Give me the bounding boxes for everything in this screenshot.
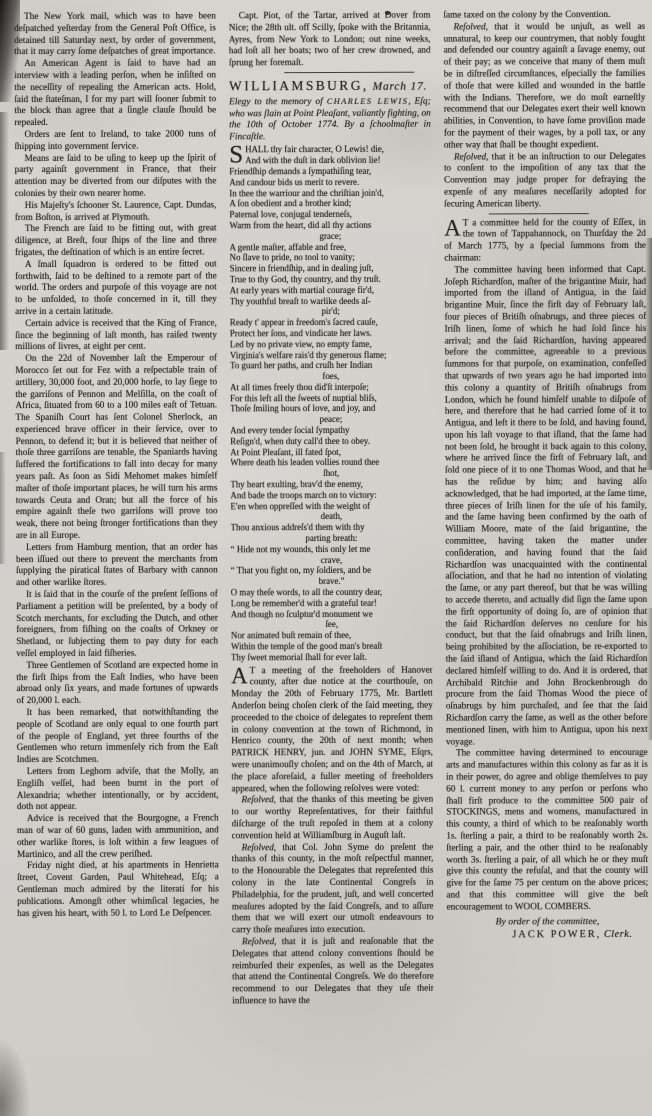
ink-smudge-left-edge-lower [0, 452, 6, 564]
poem-line: Led by no private view, no empty fame, [230, 338, 432, 350]
paragraph-text: Advice is received that the Bourgogne, a… [17, 813, 219, 859]
poem-line: “ Hide not my wounds, this only let me [231, 543, 433, 555]
paragraph-text: His Majeſty's ſchooner St. Laurence, Cap… [15, 199, 217, 222]
poem-line: death, [231, 511, 433, 523]
news-paragraph: A ſmall ſquadron is ordered to be fitted… [15, 258, 217, 318]
poem-line: Sincere in friendſhip, and in dealing ju… [230, 263, 432, 275]
dateline-city: WILLIAMSBURG, [229, 78, 369, 93]
news-paragraph: The committee having determined to encou… [446, 747, 648, 913]
poem-line: Within the temple of the good man's brea… [231, 641, 433, 653]
dateline-date: March 17. [373, 81, 428, 93]
poem-line: ſee, [231, 619, 433, 631]
poem-line: For this left all the ſweets of nuptial … [230, 392, 432, 404]
poem-line: Long be remember'd with a grateful tear! [231, 597, 433, 609]
poem-line: A ſon obedient and a brother kind; [229, 198, 431, 210]
poem-line: Virginia's welfare rais'd thy generous f… [230, 349, 432, 361]
poem-line: And every tender ſocial ſympathy [230, 425, 432, 437]
news-paragraph: It is ſaid that in the courſe of the pre… [16, 588, 218, 659]
poem-line: Nor animated buſt remain of thee, [231, 630, 433, 642]
paragraph-text: On the 22d of November laſt the Emperour… [15, 353, 217, 541]
news-paragraph: ſame taxed on the colony by the Conventi… [443, 9, 645, 22]
poem-line: crave, [231, 554, 433, 566]
poem-line: E'en when oppreſſed with the weight of [230, 500, 432, 512]
poem-line: And though no ſculptur'd monument we [231, 608, 433, 620]
poem-line: And with the duſt in dark oblivion lie! [245, 155, 431, 166]
poem-line: Friendſhip demands a ſympathiſing tear, [229, 166, 431, 178]
poem-line: To guard her paths, and cruſh her Indian [230, 360, 432, 372]
news-paragraph: Friday night died, at his apartments in … [17, 860, 219, 920]
poem-line: Reſign'd, when duty call'd thee to obey. [230, 436, 432, 448]
poem-line: foes, [230, 371, 432, 383]
dateline: WILLIAMSBURG,March 17. [229, 77, 431, 96]
column-middle: Capt. Piot, of the Tartar, arrived at Do… [229, 10, 435, 1109]
news-paragraph: Advice is received that the Bourgogne, a… [17, 813, 219, 861]
ink-smudge-right-edge-lower [647, 608, 652, 740]
paragraph-text: Orders are ſent to Ireland, to take 2000… [15, 128, 217, 151]
paragraph-text: T a meeting of the freeholders of Hanove… [231, 664, 433, 793]
paragraph-text: T a committee held for the county of Eſſ… [444, 216, 646, 262]
dropcap-initial: A [444, 217, 461, 238]
news-paragraph: The committee having been informed that … [444, 264, 647, 748]
resolved-lead: Reſolved, [241, 795, 275, 805]
resolved-lead: Reſolved, [242, 936, 276, 946]
news-paragraph: His Majeſty's ſchooner St. Laurence, Cap… [15, 199, 217, 223]
clerk-name: JACK POWER, [512, 929, 601, 940]
resolved-lead: Reſolved, [454, 151, 488, 161]
ink-smudge-left-edge [0, 112, 9, 350]
poem-line: HALL thy fair character, O Lewis! die, [245, 144, 431, 155]
paragraph-text: that Col. John Syme do preſent the thank… [232, 841, 434, 934]
paragraph-text: The committee having been informed that … [444, 264, 647, 747]
poem-line: grace; [230, 230, 432, 242]
committee-paragraph: AT a committee held for the county of Eſ… [444, 216, 646, 264]
poem-line: Thoſe ſmiling hours of love, and joy, an… [230, 403, 432, 415]
news-paragraph: Capt. Piot, of the Tartar, arrived at Do… [229, 10, 431, 70]
paragraph-text: Capt. Piot, of the Tartar, arrived at Do… [229, 10, 431, 68]
committee-paragraph: AT a meeting of the freeholders of Hanov… [231, 664, 433, 794]
paragraph-text: Certain advice is received that the King… [15, 317, 217, 351]
paragraph-text: The New York mail, which was to have bee… [14, 10, 216, 56]
poem-line: At Point Pleaſant, ill fated ſpot, [230, 446, 432, 458]
news-paragraph: Three Gentlemen of Scotland are expected… [16, 659, 218, 707]
section-divider [284, 72, 414, 73]
news-paragraph: Means are ſaid to be uſing to keep up th… [15, 152, 217, 200]
elegy-pre: Elegy to the memory of [229, 97, 327, 107]
news-paragraph: It has been remarked, that notwithſtandi… [17, 706, 219, 766]
poem-line: ſhot, [230, 468, 432, 480]
paragraph-text: The French are ſaid to be fitting out, w… [15, 223, 217, 257]
news-paragraph: On the 22d of November laſt the Emperour… [15, 353, 217, 542]
paragraph-text: that it would be unjuſt, as well as unna… [444, 21, 646, 150]
poem-line: Thy heart exulting, brav'd the enemy, [230, 479, 432, 491]
committee-byline: By order of the committee, [447, 915, 649, 927]
poem-line: And bade the troops march on to victory: [230, 490, 432, 502]
poem-line: pir'd; [230, 306, 432, 318]
poem-line: peace; [230, 414, 432, 426]
poem-line: In thee the warriour and the chriſtian j… [229, 187, 431, 199]
news-paragraph: Reſolved, that it would be unjuſt, as we… [443, 21, 645, 151]
elegy-poem: SHALL thy fair character, O Lewis! die,A… [229, 144, 432, 663]
news-paragraph: Reſolved, that the thanks of this meetin… [231, 794, 433, 842]
news-paragraph: Letters from Leghorn adviſe, that the Mo… [17, 765, 219, 813]
news-paragraph: The New York mail, which was to have bee… [14, 10, 216, 58]
paragraph-text: Friday night died, at his apartments in … [17, 860, 219, 918]
poem-line: brave.” [231, 576, 433, 588]
poem-line: Ready t' appear in freedom's ſacred cauſ… [230, 317, 432, 329]
resolved-lead: Reſolved, [242, 842, 276, 852]
elegy-name: CHARLES LEWIS [327, 97, 409, 106]
newspaper-page: The New York mail, which was to have bee… [0, 0, 652, 1116]
poem-line: Paternal love, conjugal tenderneſs, [229, 209, 431, 221]
poem-line: “ That you fight on, my ſoldiers, and be [231, 565, 433, 577]
paragraph-text: Three Gentlemen of Scotland are expected… [16, 659, 218, 705]
poem-line: Thy youthful breaſt to warlike deeds aſ- [230, 295, 432, 307]
news-paragraph: The French are ſaid to be fitting out, w… [15, 223, 217, 259]
news-paragraph: Reſolved, that Col. John Syme do preſent… [232, 841, 434, 936]
dropcap-initial: A [231, 665, 248, 686]
news-paragraph: Reſolved, that it is juſt and reaſonable… [232, 936, 434, 1007]
paragraph-text: It is ſaid that in the courſe of the pre… [16, 588, 218, 658]
poem-line: No ſlave to pride, no tool to vanity; [230, 252, 432, 264]
paragraph-text: Means are ſaid to be uſing to keep up th… [15, 152, 217, 198]
poem-line: And candour bids us merit to revere. [229, 176, 431, 188]
paragraph-text: A ſmall ſquadron is ordered to be fitted… [15, 258, 217, 316]
poem-line: A gentle maſter, affable and free, [230, 241, 432, 253]
column-left: The New York mail, which was to have bee… [14, 10, 220, 1109]
poem-line: Thou anxious addreſs'd them with thy [231, 522, 433, 534]
resolved-lead: Reſolved, [453, 21, 487, 31]
poem-line: At all times freely thou did'ſt interpoſ… [230, 382, 432, 394]
poem-line: Warm from the heart, did all thy actions [229, 220, 431, 232]
poem-line: At early years with martial courage fir'… [230, 284, 432, 296]
paragraph-text: Letters from Hamburg mention, that an or… [16, 541, 218, 587]
news-paragraph: Orders are ſent to Ireland, to take 2000… [14, 128, 216, 152]
paragraph-text: The committee having determined to encou… [446, 747, 648, 911]
news-paragraph: Certain advice is received that the King… [15, 317, 217, 353]
news-paragraph: Letters from Hamburg mention, that an or… [16, 541, 218, 589]
clerk-role: Clerk. [604, 929, 632, 940]
poem-line: Thy ſweet memorial ſhall for ever laſt. [231, 651, 433, 663]
paragraph-text: Letters from Leghorn adviſe, that the Mo… [17, 765, 219, 811]
paragraph-text: ſame taxed on the colony by the Conventi… [443, 9, 610, 20]
news-paragraph: Reſolved, that it be an inſtruction to o… [444, 150, 646, 210]
elegy-heading: Elegy to the memory of CHARLES LEWIS, Eſ… [229, 96, 431, 144]
page-columns: The New York mail, which was to have bee… [14, 9, 649, 1109]
news-paragraph: An American Agent is ſaid to have had an… [14, 58, 216, 129]
dropcap-initial: S [229, 145, 243, 166]
section-divider [489, 213, 589, 214]
poem-line: O may theſe words, to all the country de… [231, 587, 433, 599]
column-right: ſame taxed on the colony by the Conventi… [443, 9, 649, 1108]
poem-line: True to thy God, thy country, and thy tr… [230, 274, 432, 286]
poem-line: Protect her ſons, and vindicate her laws… [230, 328, 432, 340]
paragraph-text: An American Agent is ſaid to have had an… [14, 58, 216, 128]
poem-line: Where death his leaden vollies round the… [230, 457, 432, 469]
poem-line: parting breath: [231, 533, 433, 545]
paragraph-text: It has been remarked, that notwithſtandi… [17, 706, 219, 764]
clerk-signature: JACK POWER, Clerk. [447, 928, 649, 940]
